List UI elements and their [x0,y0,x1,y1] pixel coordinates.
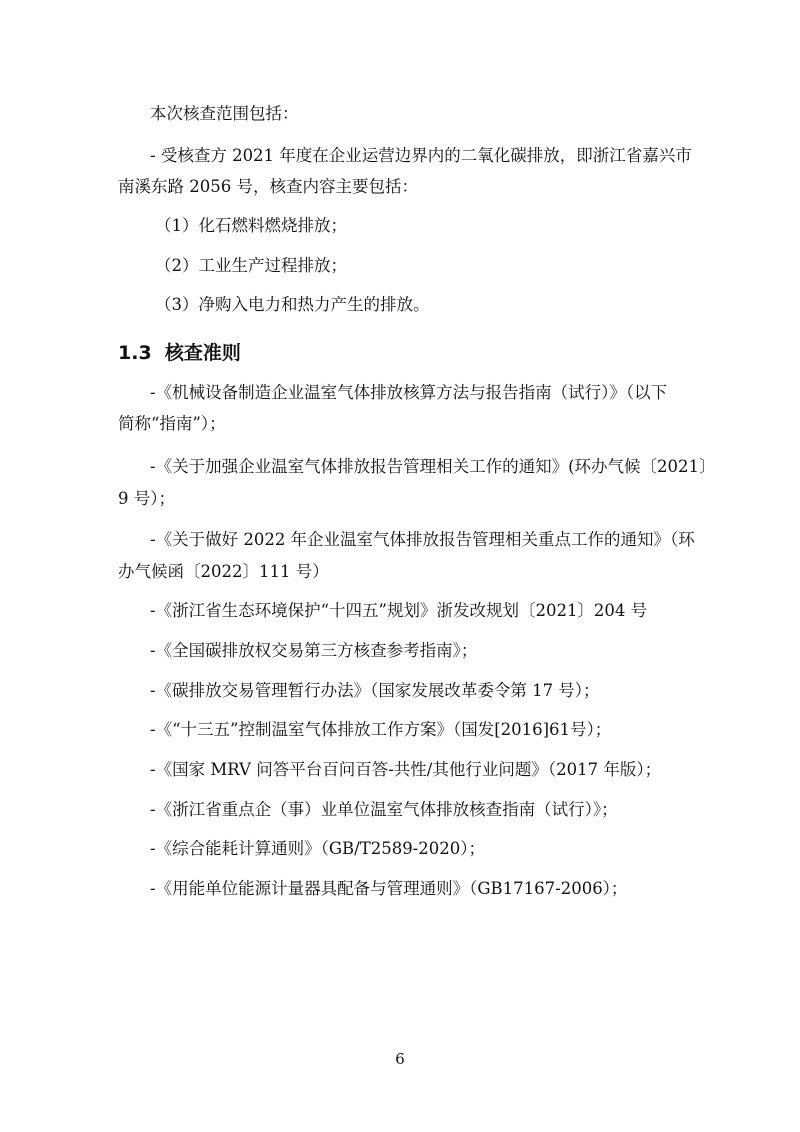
scope-sub-item-2: （2）工业生产过程排放； [155,256,347,276]
criteria-item-6: -《碳排放交易管理暂行办法》（国家发展改革委令第 17 号）； [150,681,600,701]
criteria-item-2-line1: -《关于加强企业温室气体排放报告管理相关工作的通知》(环办气候〔2021〕 [150,457,716,477]
scope-sub-item-3: （3）净购入电力和热力产生的排放。 [155,295,430,315]
scope-item-line2: 南溪东路 2056 号，核查内容主要包括： [118,177,418,197]
section-heading: 1.3 核查准则 [118,338,241,365]
scope-item-line1: - 受核查方 2021 年度在企业运营边界内的二氧化碳排放，即浙江省嘉兴市 [150,146,692,166]
criteria-item-9: -《浙江省重点企（事）业单位温室气体排放核查指南（试行）》； [150,800,618,820]
section-title: 核查准则 [165,342,241,364]
criteria-item-11: -《用能单位能源计量器具配备与管理通则》（GB17167-2006）； [150,879,627,899]
page-number: 6 [0,1050,800,1068]
criteria-item-4: -《浙江省生态环境保护“十四五”规划》浙发改规划〔2021〕204 号 [150,601,647,621]
criteria-item-8: -《国家 MRV 问答平台百问百答-共性/其他行业问题》（2017 年版）； [150,760,661,780]
scope-sub-item-1: （1）化石燃料燃烧排放； [155,216,347,236]
criteria-item-1-line1: -《机械设备制造企业温室气体排放核算方法与报告指南（试行）》（以下 [150,383,667,403]
criteria-item-3-line1: -《关于做好 2022 年企业温室气体排放报告管理相关重点工作的通知》（环 [150,530,695,550]
criteria-item-5: -《全国碳排放权交易第三方核查参考指南》； [150,641,477,661]
criteria-item-2-line2: 9 号）； [118,489,175,509]
scope-intro: 本次核查范围包括： [150,104,299,124]
criteria-item-3-line2: 办气候函〔2022〕111 号） [118,562,329,582]
criteria-item-7: -《“十三五”控制温室气体排放工作方案》（国发[2016]61号）； [150,720,611,740]
section-number: 1.3 [118,342,152,364]
criteria-item-1-line2: 简称“指南”）； [118,414,226,434]
criteria-item-10: -《综合能耗计算通则》（GB/T2589-2020）； [150,839,485,859]
